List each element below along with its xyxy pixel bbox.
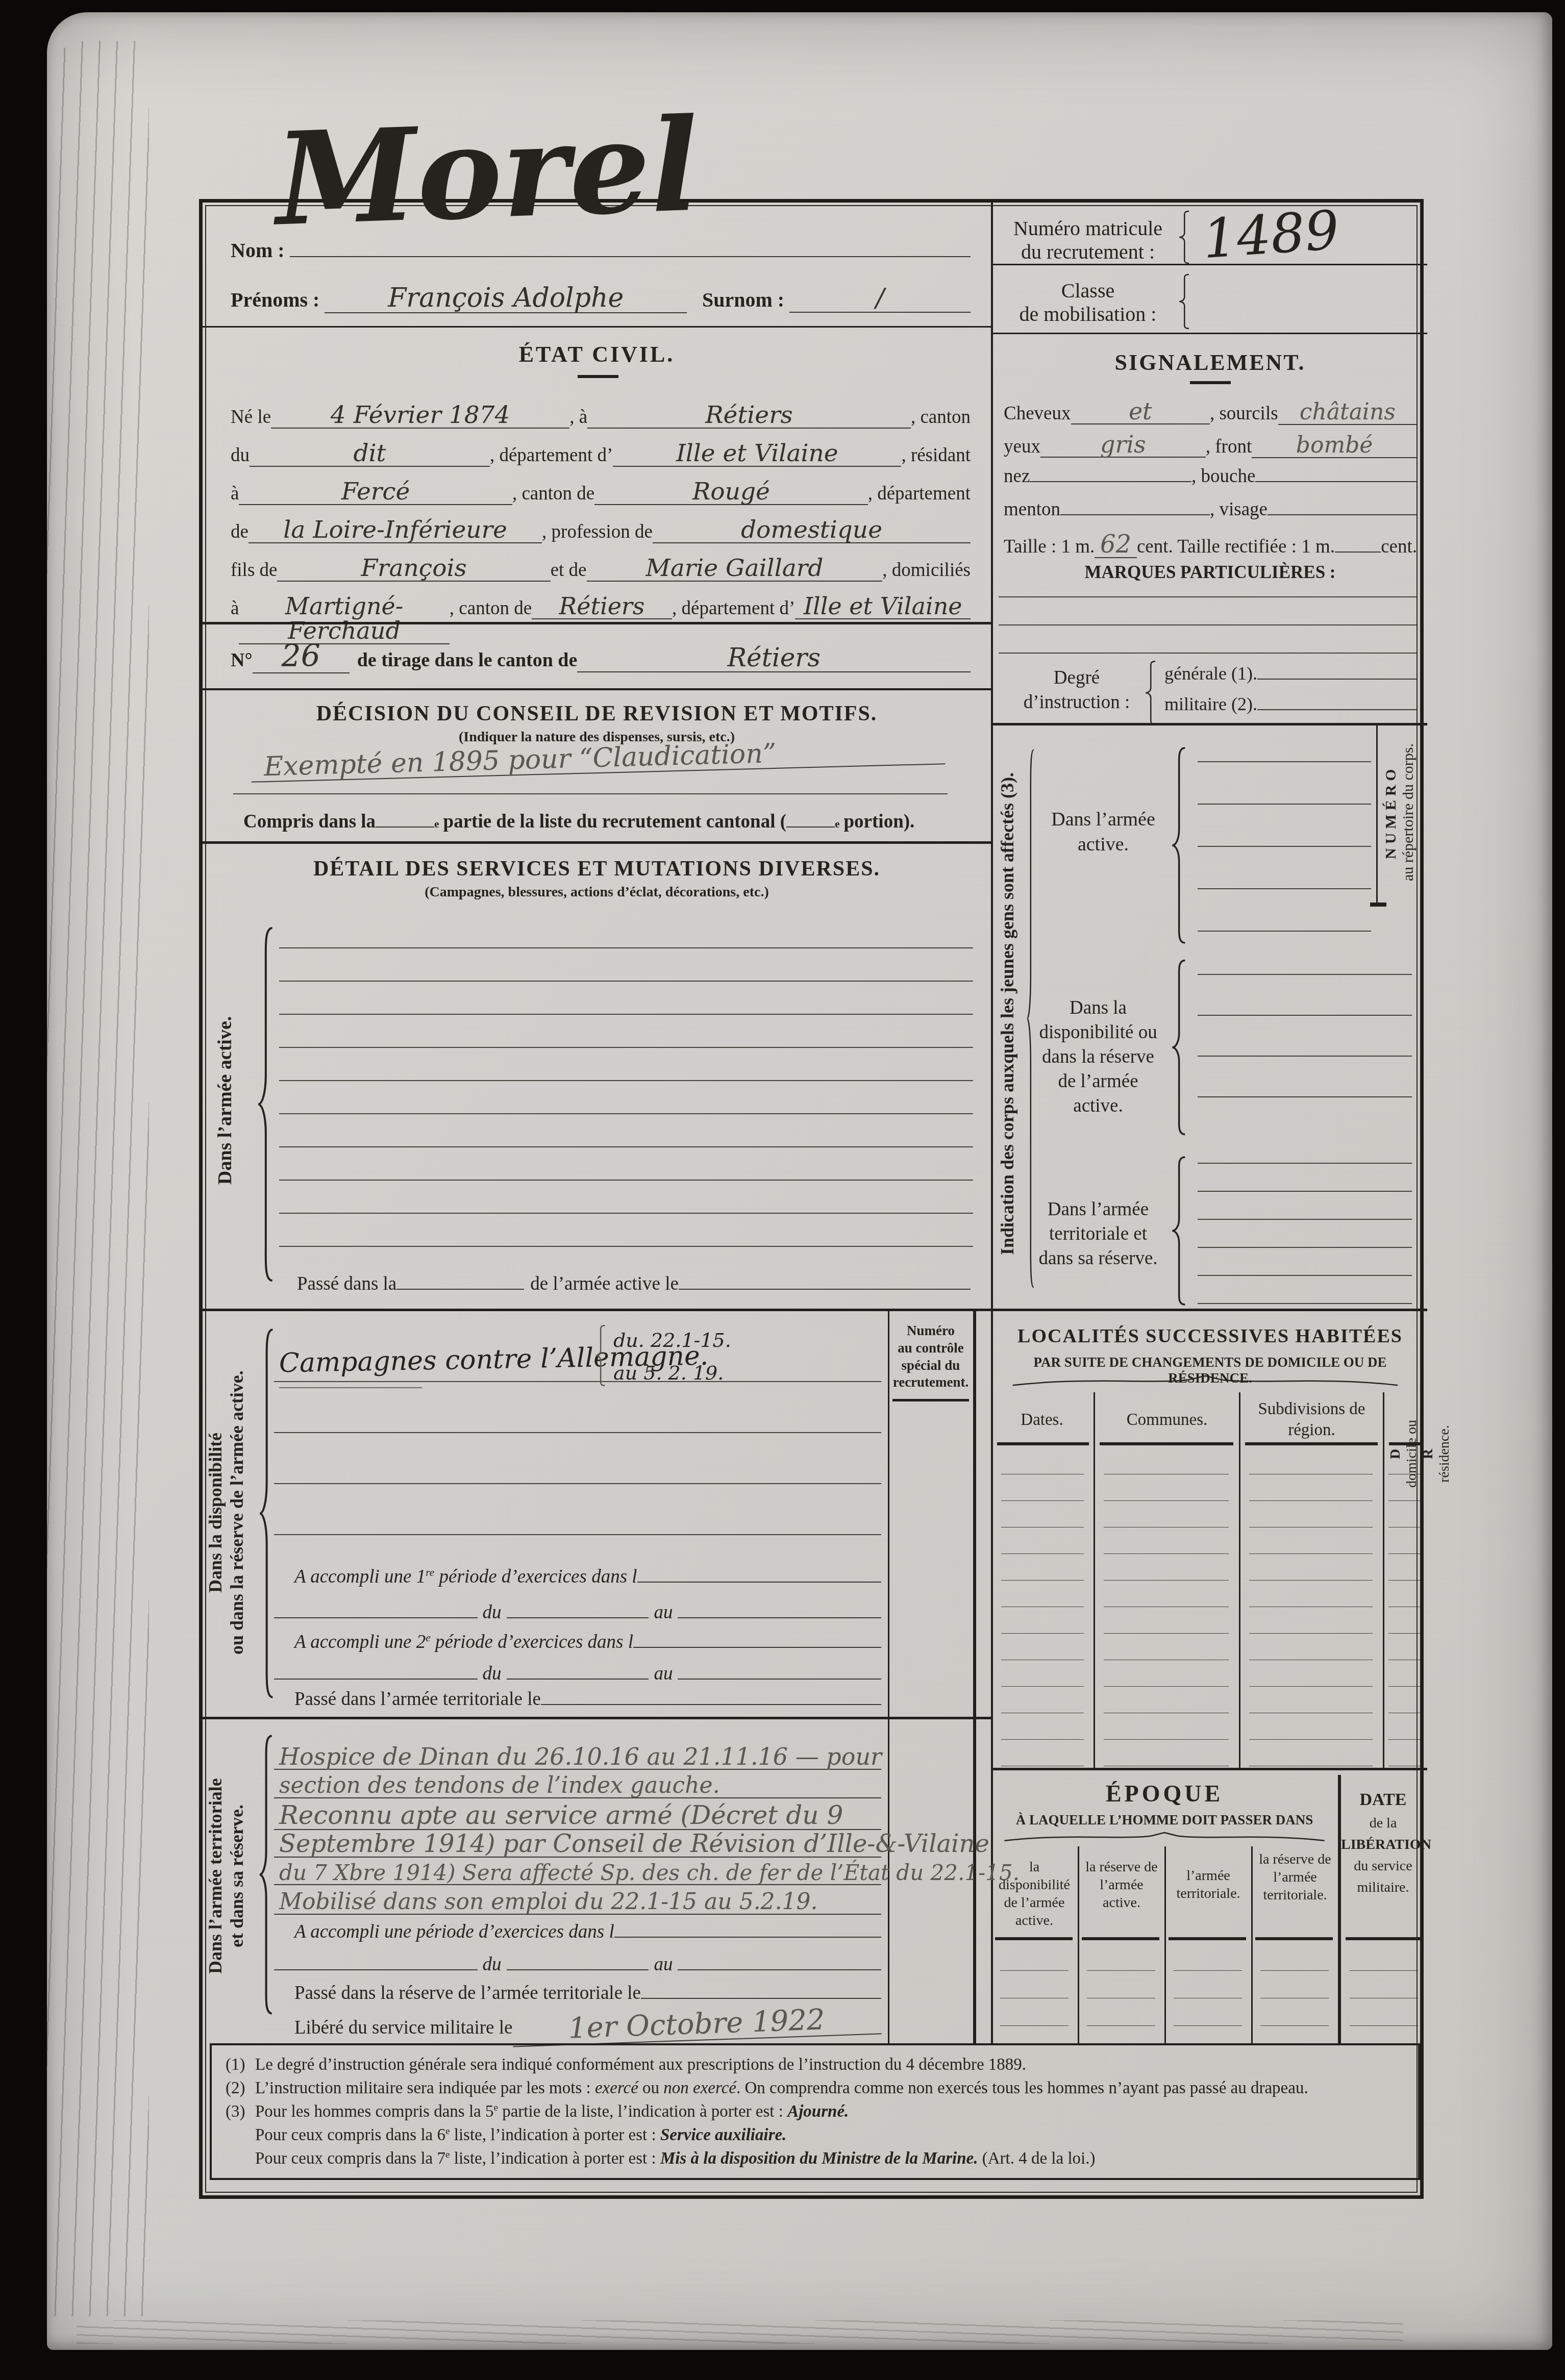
degre-label: Degréd’instruction : — [1018, 666, 1135, 715]
ruled-line — [279, 981, 973, 982]
ruled-line — [1001, 1739, 1084, 1740]
horizontal-brace-icon — [1001, 1831, 1328, 1842]
ruled-line — [1249, 1527, 1373, 1527]
repertoire-column-label: NUMÉROau répertoire du corps. — [1382, 731, 1417, 894]
ruled-line — [1388, 1686, 1420, 1687]
ruled-line — [1388, 1500, 1420, 1501]
localites-col-dr: D domicile ou R résidence. — [1387, 1399, 1453, 1509]
ruled-line — [1249, 1633, 1373, 1634]
terr-note-4: Septembre 1914) par Conseil de Révision … — [274, 1831, 881, 1858]
departement-parents: Ille et Vilaine — [795, 594, 971, 619]
ruled-line — [1388, 1739, 1420, 1740]
nez-value — [1030, 481, 1191, 482]
corps-groupe1-label: Dans l’armée active. — [1045, 807, 1162, 858]
ruled-line — [1104, 1580, 1229, 1581]
localites-col-subdivisions: Subdivisions de région. — [1240, 1399, 1383, 1441]
ruled-line — [279, 1113, 973, 1114]
corps-side-label: Indication des corps auxquels les jeunes… — [997, 743, 1018, 1284]
ruled-line — [1001, 1766, 1084, 1766]
decision-title: DÉCISION DU CONSEIL DE REVISION ET MOTIF… — [223, 702, 971, 726]
ruled-line — [1388, 1554, 1420, 1554]
ruled-line — [1388, 1660, 1420, 1660]
epoque-title: ÉPOQUE — [991, 1780, 1338, 1807]
services-title: DÉTAIL DES SERVICES ET MUTATIONS DIVERSE… — [223, 857, 971, 881]
ruled-line — [1087, 1970, 1155, 1971]
sourcils-value: châtains — [1278, 400, 1417, 425]
ruled-line — [279, 1014, 973, 1015]
ruled-line — [1104, 1739, 1229, 1740]
scanned-photo: Nom : Prénoms : François Adolphe Surnom … — [0, 0, 1565, 2380]
ruled-line — [1104, 1766, 1229, 1766]
ruled-line — [1001, 1686, 1084, 1687]
ruled-line — [1104, 1713, 1229, 1713]
menton-value — [1060, 514, 1210, 515]
services-subtitle: (Campagnes, blessures, actions d’éclat, … — [223, 884, 971, 900]
footnote-5: Pour ceux compris dans la 7e liste, l’in… — [255, 2149, 1095, 2168]
date-liberation-header: DATE de la LIBÉRATION du service militai… — [1341, 1787, 1425, 1898]
terr-note-6: Mobilisé dans son emploi du 22.1-15 au 5… — [274, 1890, 881, 1915]
epoque-col-1: la disponibilité de l’armée active. — [992, 1858, 1077, 1930]
matricule-label: Numéro matricule — [1013, 217, 1162, 240]
nom-label: Nom : — [231, 238, 285, 262]
ruled-line — [1001, 1607, 1084, 1607]
ruled-line — [1104, 1554, 1229, 1554]
horizontal-brace-icon — [1009, 1374, 1402, 1387]
ruled-line — [1000, 1998, 1069, 1998]
ruled-line — [999, 653, 1417, 654]
canton-residence: Rougé — [594, 479, 867, 505]
ruled-line — [1198, 761, 1371, 762]
mere-value: Marie Gaillard — [587, 556, 883, 582]
ruled-line — [1249, 1474, 1373, 1474]
brace-icon — [1168, 1156, 1188, 1306]
visage-value — [1268, 514, 1417, 515]
corps-groupe3-label: Dans l’armée territoriale et dans sa rés… — [1034, 1197, 1162, 1271]
matricule-form: Nom : Prénoms : François Adolphe Surnom … — [199, 199, 1424, 2199]
footnote-3: Pour les hommes compris dans la 5e parti… — [255, 2102, 849, 2121]
libere-value: 1er Octobre 1922 — [512, 2003, 882, 2047]
ruled-line — [1174, 1970, 1242, 1971]
epoque-col-2: la réserve de l’armée active. — [1079, 1858, 1164, 1912]
departement-residence: la Loire-Inférieure — [249, 517, 542, 543]
brace-icon — [1142, 661, 1158, 725]
ruled-line — [279, 1080, 973, 1081]
ruled-line — [1198, 1015, 1412, 1016]
naissance-date: 4 Février 1874 — [271, 403, 569, 429]
prenoms-value: François Adolphe — [325, 284, 687, 313]
ruled-line — [1198, 1056, 1412, 1057]
taille-value: 62 — [1095, 532, 1137, 558]
ruled-line — [1104, 1633, 1229, 1634]
ruled-line — [1388, 1713, 1420, 1713]
ruled-line — [1249, 1580, 1373, 1581]
ruled-line — [1388, 1633, 1420, 1634]
ruled-line — [1000, 1970, 1069, 1971]
brace-icon — [1168, 746, 1188, 945]
ruled-line — [279, 1180, 973, 1181]
epoque-col-4: la réserve de l’armée territoriale. — [1253, 1850, 1337, 1904]
surnom-value: / — [789, 285, 971, 313]
tirage-numero: 26 — [253, 640, 350, 673]
ruled-line — [1388, 1607, 1420, 1607]
ruled-line — [1388, 1580, 1420, 1581]
prenoms-label: Prénoms : — [231, 288, 319, 312]
brace-icon — [1176, 211, 1191, 264]
campagnes-du: du. 22.1-15. — [613, 1329, 731, 1351]
matricule-value: 1489 — [1201, 199, 1341, 270]
brace-icon — [1176, 274, 1191, 329]
terr-note-1: Hospice de Dinan du 26.10.16 au 21.11.16… — [274, 1744, 881, 1770]
ruled-line — [1198, 931, 1371, 932]
etat-civil-title: ÉTAT CIVIL. — [223, 341, 971, 367]
ruled-line — [1001, 1580, 1084, 1581]
canton-value: dit — [250, 441, 490, 467]
ruled-line — [1249, 1554, 1373, 1554]
terr-note-3: Reconnu apte au service armé (Décret du … — [274, 1802, 881, 1830]
ruled-line — [1198, 1219, 1412, 1220]
ruled-line — [279, 1146, 973, 1147]
canton-parents: Rétiers — [532, 594, 672, 619]
brace-icon — [1025, 744, 1035, 1293]
ruled-line — [1249, 1766, 1373, 1766]
instruction-militaire-value — [1257, 709, 1417, 710]
ruled-line — [1388, 1527, 1420, 1527]
ruled-line — [274, 1534, 881, 1535]
localites-col-dates: Dates. — [991, 1411, 1093, 1430]
ruled-line — [1260, 2025, 1329, 2026]
ruled-line — [1104, 1660, 1229, 1660]
ruled-line — [1249, 1607, 1373, 1607]
ruled-line — [1001, 1527, 1084, 1527]
controle-column-header: Numéroau contrôlespécial durecrutement. — [889, 1322, 972, 1391]
nom-line — [290, 256, 971, 257]
dispo-side-label: Dans la disponibilitéou dans la réserve … — [205, 1320, 247, 1705]
signature-morel: Morel — [273, 90, 701, 255]
ruled-line — [999, 596, 1417, 597]
ruled-line — [1198, 888, 1371, 889]
terr-note-2: section des tendons de l’index gauche. — [274, 1774, 881, 1798]
signalement-title: SIGNALEMENT. — [993, 349, 1427, 375]
naissance-lieu: Rétiers — [587, 403, 911, 429]
ruled-line — [1001, 1713, 1084, 1713]
epoque-col-3: l’armée territoriale. — [1166, 1867, 1251, 1902]
pere-value: François — [277, 556, 550, 582]
localites-col-communes: Communes. — [1095, 1411, 1239, 1430]
localites-title: LOCALITÉS SUCCESSIVES HABITÉES — [993, 1325, 1427, 1347]
ruled-line — [1350, 1998, 1418, 1998]
ruled-line — [1104, 1527, 1229, 1527]
brace-icon — [254, 924, 276, 1284]
departement-naissance: Ille et Vilaine — [613, 441, 901, 467]
ruled-line — [999, 624, 1417, 625]
ruled-line — [1000, 2025, 1069, 2026]
ruled-line — [1198, 846, 1371, 847]
ruled-line — [279, 1047, 973, 1048]
instruction-generale-value — [1257, 679, 1417, 680]
ruled-line — [1198, 1247, 1412, 1248]
residence-value: Fercé — [239, 479, 512, 505]
services-side-label: Dans l’armée active. — [214, 917, 236, 1284]
ruled-line — [1104, 1607, 1229, 1607]
ruled-line — [1001, 1633, 1084, 1634]
ruled-line — [1249, 1660, 1373, 1660]
ruled-line — [1104, 1474, 1229, 1474]
taille-rectifiee-value — [1335, 552, 1381, 553]
brace-icon — [1168, 959, 1188, 1136]
ruled-line — [1198, 1275, 1412, 1276]
ruled-line — [279, 1213, 973, 1214]
corps-groupe2-label: Dans la disponibilité ou dans la réserve… — [1034, 996, 1162, 1118]
ruled-line — [1260, 1998, 1329, 1998]
book-page-edges — [47, 41, 149, 2316]
ruled-line — [1001, 1474, 1084, 1474]
ruled-line — [1087, 2025, 1155, 2026]
ruled-line — [1001, 1500, 1084, 1501]
ruled-line — [1174, 2025, 1242, 2026]
tirage-canton: Rétiers — [577, 644, 971, 672]
ruled-line — [274, 1483, 881, 1484]
book-bottom-edges — [77, 2320, 1403, 2344]
profession-value: domestique — [653, 517, 971, 543]
ruled-line — [1388, 1766, 1420, 1766]
ruled-line — [1104, 1686, 1229, 1687]
ruled-line — [1198, 974, 1412, 975]
ruled-line — [1388, 1474, 1420, 1474]
ruled-line — [1249, 1500, 1373, 1501]
ruled-line — [279, 947, 973, 948]
ruled-line — [274, 1432, 881, 1433]
footnote-2: L’instruction militaire sera indiquée pa… — [255, 2079, 1308, 2098]
ruled-line — [1350, 1970, 1418, 1971]
footnote-4: Pour ceux compris dans la 6e liste, l’in… — [255, 2126, 786, 2145]
ruled-line — [1174, 1998, 1242, 1998]
footnote-1: Le degré d’instruction générale sera ind… — [255, 2056, 1026, 2074]
ruled-line — [1001, 1554, 1084, 1554]
yeux-value: gris — [1040, 432, 1206, 458]
ruled-line — [1198, 1303, 1412, 1304]
ruled-line — [279, 1246, 973, 1247]
ruled-line — [1104, 1500, 1229, 1501]
classe-label: Classe — [1061, 279, 1114, 302]
surnom-label: Surnom : — [702, 288, 784, 312]
cheveux-value: et — [1071, 399, 1210, 424]
ruled-line — [1198, 804, 1371, 805]
terr-note-5: du 7 Xbre 1914) Sera affecté Sp. des ch.… — [274, 1862, 881, 1885]
ruled-line — [1087, 1998, 1155, 1998]
territoriale-side-label: Dans l’armée territorialeet dans sa rése… — [205, 1731, 247, 2021]
bouche-value — [1255, 481, 1417, 482]
marques-title: MARQUES PARTICULIÈRES : — [993, 562, 1427, 583]
brace-icon — [256, 1326, 276, 1701]
ruled-line — [1198, 1096, 1412, 1097]
ruled-line — [1249, 1739, 1373, 1740]
ruled-line — [1198, 1191, 1412, 1192]
ruled-line — [1001, 1660, 1084, 1660]
ruled-line — [1350, 2025, 1418, 2026]
ruled-line — [1198, 1163, 1412, 1164]
epoque-subtitle: À LAQUELLE L’HOMME DOIT PASSER DANS — [991, 1812, 1338, 1828]
brace-icon — [256, 1733, 275, 2016]
ruled-line — [1260, 1970, 1329, 1971]
ruled-line — [1249, 1686, 1373, 1687]
brace-icon — [593, 1325, 607, 1386]
ruled-line — [1249, 1713, 1373, 1713]
front-value: bombé — [1252, 434, 1417, 458]
domicile-parents: Martigné-Ferchaud — [239, 594, 449, 644]
